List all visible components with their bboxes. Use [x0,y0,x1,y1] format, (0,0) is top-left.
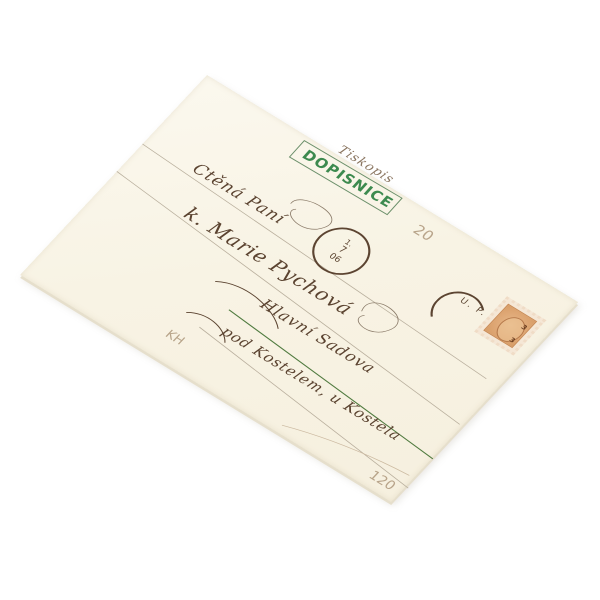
postcard: DOPISNICE Tiskopis 20 1. 7 06 U. P. 3 3 … [20,75,578,502]
photo-scene: DOPISNICE Tiskopis 20 1. 7 06 U. P. 3 3 … [0,0,600,600]
